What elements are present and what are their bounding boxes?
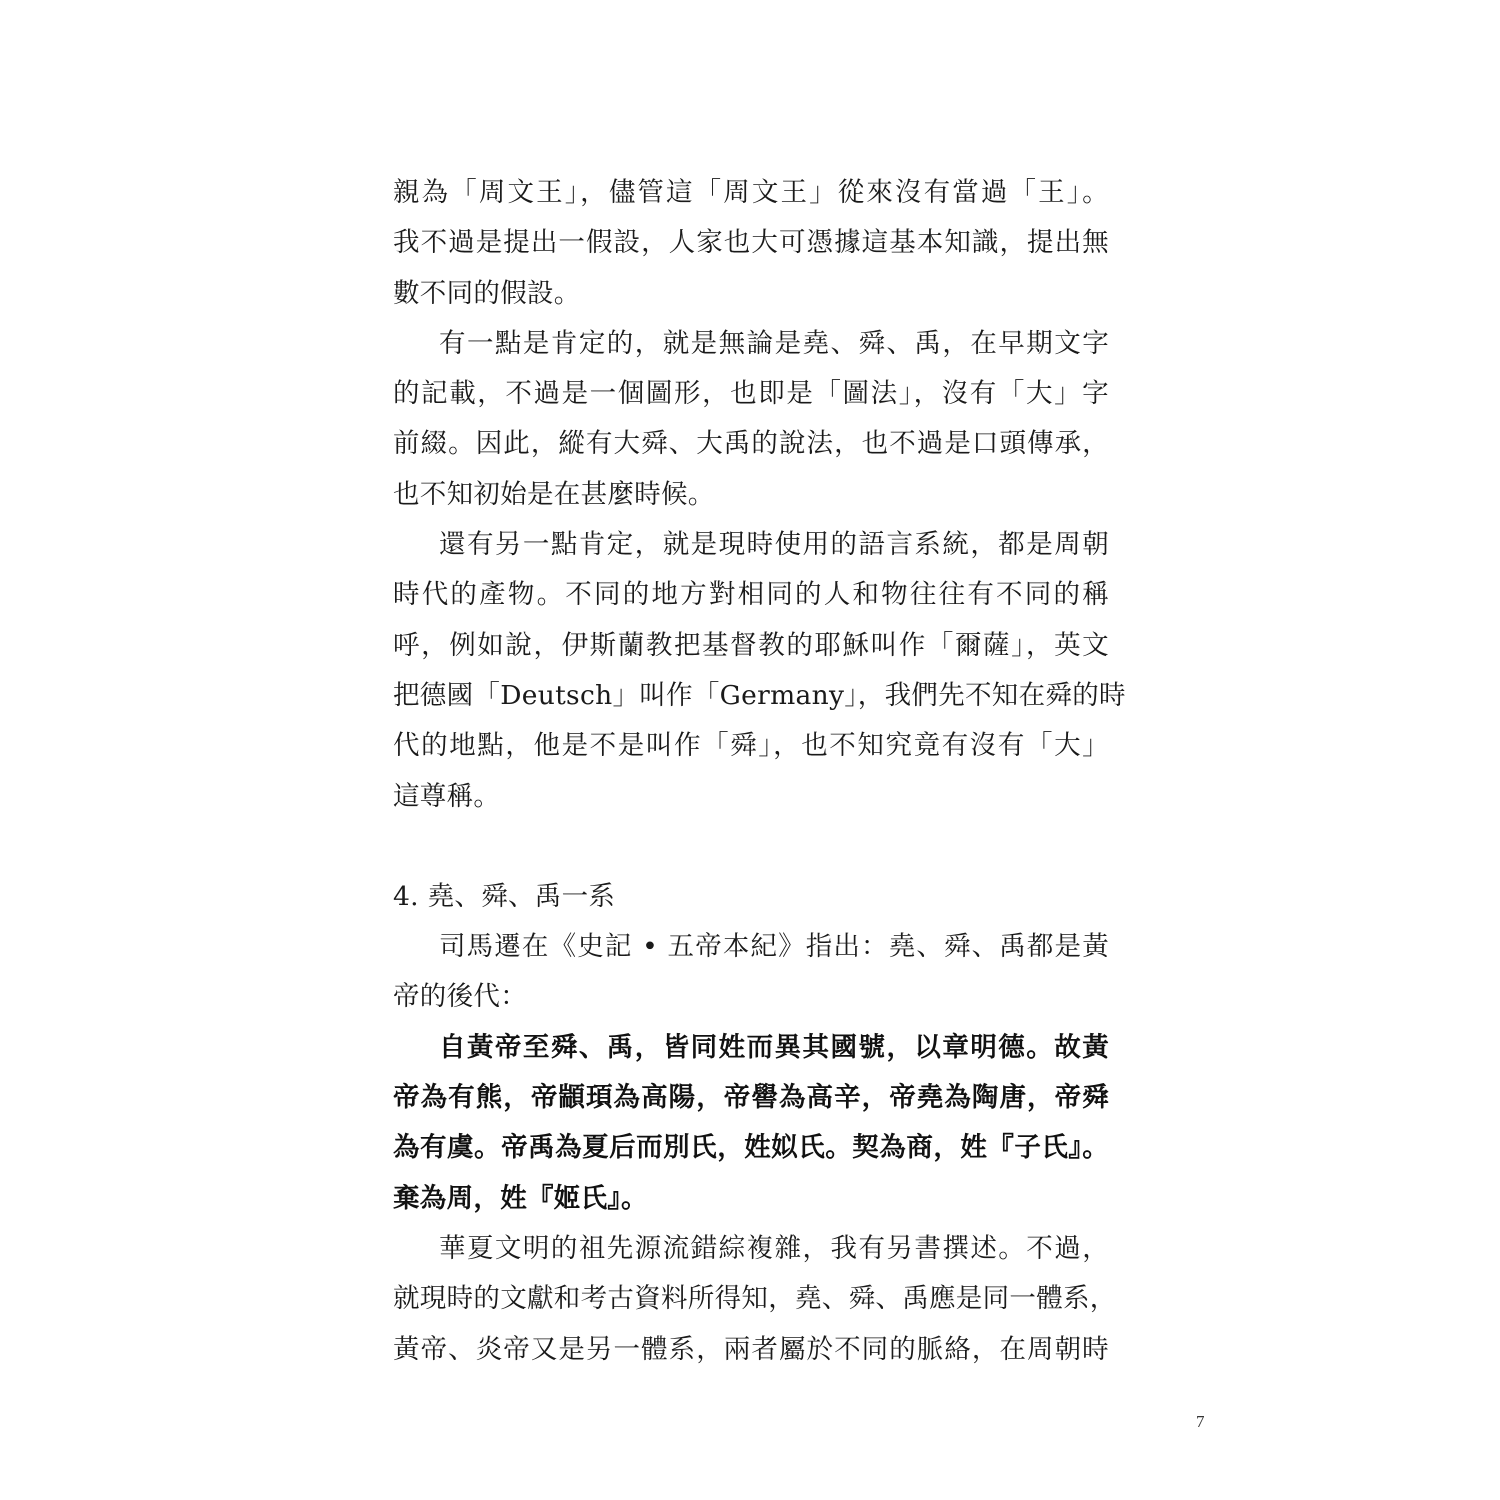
text-line: 前綴。因此，縱有大舜、大禹的說法，也不過是口頭傳承，: [393, 423, 1109, 473]
section: 4. 堯、舜、禹一系 司馬遷在《史記 • 五帝本紀》指出：堯、舜、禹都是黃 帝的…: [393, 876, 1109, 1379]
paragraph: 司馬遷在《史記 • 五帝本紀》指出：堯、舜、禹都是黃 帝的後代：: [393, 926, 1109, 1027]
text-line: 帝為有熊，帝顓頊為高陽，帝嚳為高辛，帝堯為陶唐，帝舜: [393, 1077, 1109, 1127]
document-page: 親為「周文王」，儘管這「周文王」從來沒有當過「王」。 我不過是提出一假設，人家也…: [0, 0, 1500, 1500]
text-line: 親為「周文王」，儘管這「周文王」從來沒有當過「王」。: [393, 172, 1109, 222]
page-number: 7: [1196, 1412, 1205, 1432]
text-line: 把德國「Deutsch」叫作「Germany」，我們先不知在舜的時: [393, 675, 1109, 725]
text-line: 棄為周，姓『姬氏』。: [393, 1178, 1109, 1228]
paragraph: 有一點是肯定的，就是無論是堯、舜、禹，在早期文字 的記載，不過是一個圖形，也即是…: [393, 323, 1109, 524]
text-line: 帝的後代：: [393, 976, 1109, 1026]
text-line: 這尊稱。: [393, 776, 1109, 826]
text-line: 的記載，不過是一個圖形，也即是「圖法」，沒有「大」字: [393, 373, 1109, 423]
text-line: 數不同的假設。: [393, 273, 1109, 323]
text-line: 為有虞。帝禹為夏后而別氏，姓姒氏。契為商，姓『子氏』。: [393, 1127, 1109, 1177]
text-line: 司馬遷在《史記 • 五帝本紀》指出：堯、舜、禹都是黃: [393, 926, 1109, 976]
text-line: 有一點是肯定的，就是無論是堯、舜、禹，在早期文字: [393, 323, 1109, 373]
paragraph: 華夏文明的祖先源流錯綜複雜，我有另書撰述。不過， 就現時的文獻和考古資料所得知，…: [393, 1228, 1109, 1379]
text-line: 還有另一點肯定，就是現時使用的語言系統，都是周朝: [393, 524, 1109, 574]
paragraph: 還有另一點肯定，就是現時使用的語言系統，都是周朝 時代的產物。不同的地方對相同的…: [393, 524, 1109, 826]
text-line: 自黃帝至舜、禹，皆同姓而異其國號，以章明德。故黃: [393, 1027, 1109, 1077]
section-heading: 4. 堯、舜、禹一系: [393, 876, 1109, 926]
section-spacer: [393, 826, 1109, 876]
text-line: 也不知初始是在甚麼時候。: [393, 474, 1109, 524]
text-line: 時代的產物。不同的地方對相同的人和物往往有不同的稱: [393, 574, 1109, 624]
block-quote: 自黃帝至舜、禹，皆同姓而異其國號，以章明德。故黃 帝為有熊，帝顓頊為高陽，帝嚳為…: [393, 1027, 1109, 1228]
text-line: 我不過是提出一假設，人家也大可憑據這基本知識，提出無: [393, 222, 1109, 272]
text-line: 呼，例如說，伊斯蘭教把基督教的耶穌叫作「爾薩」，英文: [393, 625, 1109, 675]
text-line: 代的地點，他是不是叫作「舜」，也不知究竟有沒有「大」: [393, 725, 1109, 775]
text-line: 黃帝、炎帝又是另一體系，兩者屬於不同的脈絡，在周朝時: [393, 1329, 1109, 1379]
body-text: 親為「周文王」，儘管這「周文王」從來沒有當過「王」。 我不過是提出一假設，人家也…: [393, 172, 1109, 1379]
text-line: 就現時的文獻和考古資料所得知，堯、舜、禹應是同一體系，: [393, 1278, 1109, 1328]
paragraph: 親為「周文王」，儘管這「周文王」從來沒有當過「王」。 我不過是提出一假設，人家也…: [393, 172, 1109, 323]
text-line: 華夏文明的祖先源流錯綜複雜，我有另書撰述。不過，: [393, 1228, 1109, 1278]
